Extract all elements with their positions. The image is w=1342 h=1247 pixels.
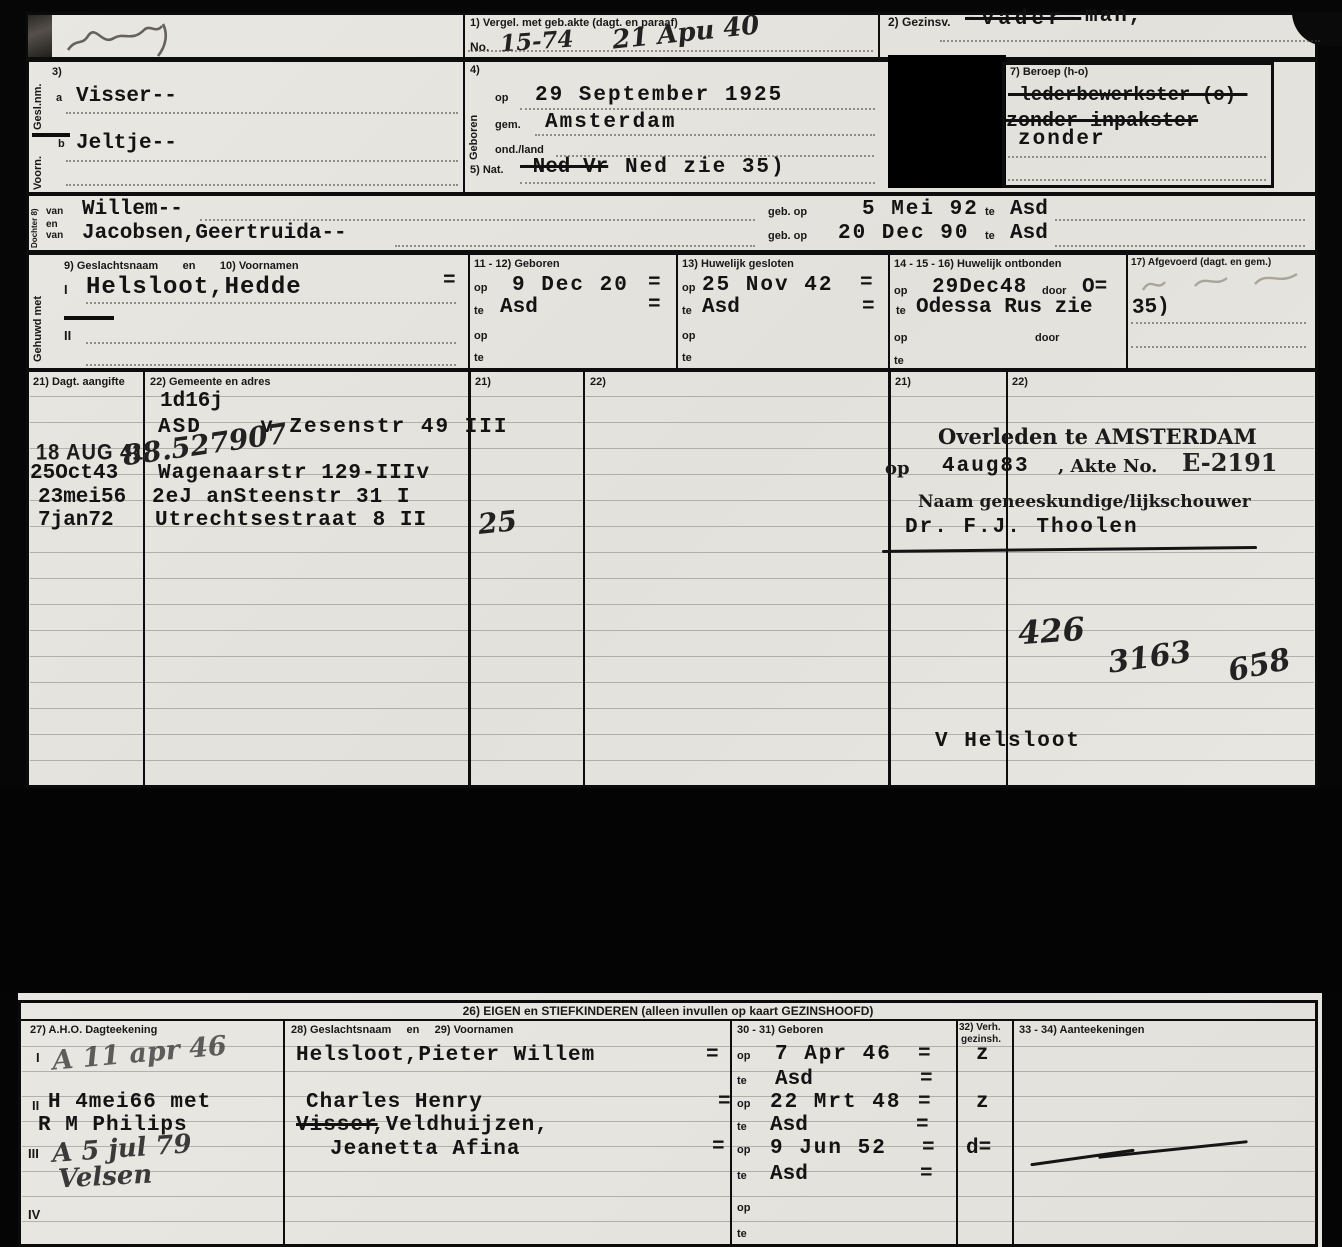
divider	[463, 62, 465, 192]
dotted-line	[66, 160, 458, 162]
op-label: op	[894, 332, 907, 344]
col-verh-label-1: 32) Verh.	[959, 1022, 1001, 1033]
mother-birth-date: 20 Dec 90	[838, 222, 969, 245]
op-label: op	[474, 330, 487, 342]
divider	[1012, 1021, 1014, 1247]
dotted-line	[66, 184, 458, 186]
examiner-name: Dr. F.J. Thoolen	[905, 516, 1139, 539]
spouse-birth-date: 9 Dec 20	[512, 274, 629, 297]
divider	[888, 255, 890, 368]
te-label: te	[474, 305, 484, 317]
father-birth-place: Asd	[1010, 198, 1048, 221]
child-name2-rest: ,Veldhuijzen,	[372, 1114, 549, 1137]
equals-mark: =	[443, 270, 456, 293]
child-dagteekening-hw-2: Velsen	[57, 1160, 153, 1195]
roman-i: I	[64, 282, 68, 297]
te-label: te	[737, 1121, 747, 1133]
col-date-label: 21) Dagt. aangifte	[33, 376, 125, 388]
gezinsv-value: man,	[1085, 5, 1143, 28]
marriage-name-header: 9) Geslachtsnaam en 10) Voornamen	[64, 260, 299, 272]
firstname-value: Jeltje--	[76, 132, 177, 155]
col21b-label: 21)	[475, 376, 491, 388]
divider	[1126, 255, 1128, 368]
dotted-line	[86, 302, 456, 304]
te-label: te	[737, 1075, 747, 1087]
te-label: te	[896, 305, 906, 317]
mother-name: Jacobsen,Geertruida--	[82, 222, 347, 245]
beroep-struck-1: -lederbewerkster-(o)-	[1008, 84, 1247, 106]
dotted-line	[520, 108, 875, 110]
op-label: op	[894, 285, 907, 297]
page-edge-right	[1322, 993, 1342, 1247]
dotted-line	[66, 112, 458, 114]
equals-mark: =	[860, 272, 873, 295]
dotted-line	[1008, 156, 1266, 158]
sub-a-label: a	[56, 92, 62, 104]
divider	[143, 372, 145, 786]
dotted-line	[535, 134, 875, 136]
black-band	[0, 788, 1342, 993]
nat-label: 5) Nat.	[470, 164, 504, 176]
dotted-line	[1008, 179, 1266, 181]
te-label: te	[737, 1170, 747, 1182]
children-title: 26) EIGEN en STIEFKINDEREN (alleen invul…	[18, 1004, 1318, 1018]
equals-mark: =	[916, 1114, 929, 1137]
child-born-place: Asd	[775, 1068, 813, 1091]
equals-mark: =	[718, 1091, 731, 1114]
address-row-date: 7jan72	[38, 509, 114, 532]
dotted-line	[86, 364, 456, 366]
handwritten-25: 25	[476, 504, 518, 541]
ontbonden-col-label: 14 - 15 - 16) Huwelijk ontbonden	[894, 258, 1061, 270]
dotted-line	[1055, 245, 1305, 247]
child-born-date: 7 Apr 46	[775, 1043, 892, 1066]
child-born-place: Asd	[770, 1163, 808, 1186]
address-row-date: 23mei56	[38, 486, 126, 509]
door-label: door	[1035, 332, 1059, 344]
afgevoerd-value: 35)	[1131, 295, 1170, 320]
child-roman: IV	[28, 1207, 40, 1222]
gehuwd-met-label: Gehuwd met	[32, 262, 44, 362]
gem-label: gem.	[495, 119, 521, 131]
voorn-label: Voorn.	[32, 140, 44, 190]
child-verh: z	[976, 1043, 989, 1066]
ond-land-label: ond./land	[495, 144, 544, 156]
divider	[18, 1019, 1318, 1021]
divider	[878, 12, 880, 57]
child-roman: I	[36, 1050, 40, 1065]
nat-struck: -Ned Vr	[520, 156, 608, 179]
equals-mark: =	[918, 1091, 931, 1114]
child-dagteekening: H 4mei66 met	[48, 1091, 211, 1114]
divider	[283, 1021, 285, 1247]
te-label: te	[894, 355, 904, 367]
dotted-line	[520, 182, 875, 184]
mother-birth-place: Asd	[1010, 222, 1048, 245]
geb-op-label: geb. op	[768, 206, 807, 218]
divider	[956, 1021, 958, 1247]
beroep-value: zonder	[1018, 128, 1106, 151]
van2-label: van	[46, 230, 63, 241]
van-label: van	[46, 206, 63, 217]
reference-note: V Helsloot	[935, 730, 1081, 753]
equals-mark: =	[862, 296, 875, 319]
op-label: op	[682, 330, 695, 342]
father-birth-date: 5 Mei 92	[862, 198, 979, 221]
child-name2-struck: Visser	[296, 1114, 378, 1137]
child-name: Jeanetta Afina	[330, 1138, 520, 1161]
child-name: Charles Henry	[306, 1091, 483, 1114]
dotted-line	[395, 245, 755, 247]
akte-number-handwritten: 15-74	[499, 25, 574, 57]
col-notes-label: 33 - 34) Aanteekeningen	[1019, 1024, 1145, 1036]
dotted-line	[200, 219, 755, 221]
te-label: te	[474, 352, 484, 364]
dotted-line	[940, 40, 1320, 42]
op-label: op	[737, 1144, 750, 1156]
op-label: op	[737, 1202, 750, 1214]
nat-value: Ned zie 35)	[625, 156, 786, 179]
col-name-label: 28) Geslachtsnaam en 29) Voornamen	[291, 1024, 513, 1036]
geslnm-label: Gesl.nm.	[32, 68, 44, 130]
te-label: te	[682, 352, 692, 364]
te-label: te	[985, 230, 995, 242]
col-addr-label: 22) Gemeente en adres	[150, 376, 270, 388]
examiner-label: Naam geneeskundige/lijkschouwer	[918, 492, 1251, 512]
birth-municipality-value: Amsterdam	[545, 111, 676, 134]
strike-mark	[64, 316, 114, 320]
geboren-col-label: 11 - 12) Geboren	[474, 258, 560, 270]
marriage-date: 25 Nov 42	[702, 274, 833, 297]
birth-date-value: 29 September 1925	[535, 84, 783, 107]
child-born-place: Asd	[770, 1114, 808, 1137]
child-born-date: 9 Jun 52	[770, 1137, 887, 1160]
dotted-line	[468, 50, 873, 52]
dochter-label: Dochter 8)	[30, 200, 39, 248]
op-label: op	[682, 282, 695, 294]
equals-mark: =	[918, 1043, 931, 1066]
field4-label: 4)	[470, 64, 480, 76]
death-stamp-place: Overleden te AMSTERDAM	[938, 424, 1257, 449]
spouse-birth-place: Asd	[500, 296, 538, 319]
child-verh: z	[976, 1091, 989, 1114]
geboren-label: Geboren	[468, 88, 480, 160]
gesloten-col-label: 13) Huwelijk gesloten	[682, 258, 794, 270]
akte-value: E-2191	[1182, 448, 1278, 477]
te-label: te	[737, 1228, 747, 1240]
roman-ii: II	[64, 328, 71, 343]
surname-value: Visser--	[76, 85, 177, 108]
child-roman: III	[28, 1146, 39, 1161]
gezinsv-struck: -vader-	[965, 8, 1081, 31]
divider	[730, 1021, 732, 1247]
address-row-value: Wagenaarstr 129-IIIv	[158, 462, 430, 485]
dotted-line	[1131, 346, 1306, 348]
divider	[26, 192, 1318, 196]
ruled-area	[22, 1046, 1316, 1244]
akte-label: , Akte No.	[1058, 456, 1157, 477]
child-verh: d=	[966, 1137, 991, 1160]
divider	[583, 372, 585, 786]
gezinsv-label: 2) Gezinsv.	[888, 15, 950, 29]
op-label: op	[495, 92, 508, 104]
paper-scrap	[28, 15, 52, 59]
address-row-date: 25Oct43	[30, 462, 118, 485]
col-born-label: 30 - 31) Geboren	[737, 1024, 823, 1036]
geb-op-label: geb. op	[768, 230, 807, 242]
address-row-value: 2eJ anSteenstr 31 I	[152, 486, 410, 509]
equals-mark: =	[648, 294, 661, 317]
divider	[26, 368, 1318, 372]
equals-mark: =	[706, 1044, 719, 1067]
divider	[463, 12, 465, 57]
op-label: op	[885, 458, 910, 479]
te-label: te	[682, 305, 692, 317]
spouse-name: Helsloot,Hedde	[86, 274, 302, 301]
col22c-label: 22)	[1012, 376, 1028, 388]
dotted-line	[1131, 322, 1306, 324]
op-label: op	[474, 282, 487, 294]
dotted-line	[86, 342, 456, 344]
equals-mark: =	[920, 1163, 933, 1186]
dotted-line	[1055, 219, 1305, 221]
col22b-label: 22)	[590, 376, 606, 388]
equals-mark: =	[922, 1137, 935, 1160]
divider-small	[32, 133, 70, 137]
page-edge-left	[0, 993, 18, 1247]
divider	[888, 372, 891, 786]
col21c-label: 21)	[895, 376, 911, 388]
equals-mark: =	[920, 1068, 933, 1091]
divider	[676, 255, 678, 368]
divider	[26, 250, 1318, 255]
equals-mark: =	[648, 272, 661, 295]
child-name: Helsloot,Pieter Willem	[296, 1044, 595, 1067]
op-label: op	[737, 1050, 750, 1062]
child-roman: II	[32, 1098, 39, 1113]
child-born-date: 22 Mrt 48	[770, 1091, 901, 1114]
beroep-label: 7) Beroep (h-o)	[1010, 66, 1088, 78]
handwritten-number-1: 426	[1017, 610, 1086, 653]
field3-label: 3)	[52, 66, 62, 78]
divider	[468, 255, 470, 368]
pencil-scrawl	[62, 16, 202, 60]
te-label: te	[985, 206, 995, 218]
marriage-place: Asd	[702, 296, 740, 319]
address-row-value: Utrechtsestraat 8 II	[155, 509, 427, 532]
sub-b-label: b	[58, 138, 65, 150]
divorce-place: Odessa Rus zie	[916, 296, 1092, 319]
address-code: 1d16j	[160, 390, 223, 413]
equals-mark: =	[712, 1136, 725, 1159]
father-name: Willem--	[82, 198, 183, 221]
en-label: en	[46, 219, 58, 230]
op-label: op	[737, 1098, 750, 1110]
scanned-registry-card: { "labels": {"no":"No.","op":"op","te":"…	[0, 0, 1342, 1247]
redaction-box	[888, 55, 1006, 188]
col-ahw-label: 27) A.H.O. Dagteekening	[30, 1024, 157, 1036]
death-date: 4aug83	[942, 455, 1030, 478]
